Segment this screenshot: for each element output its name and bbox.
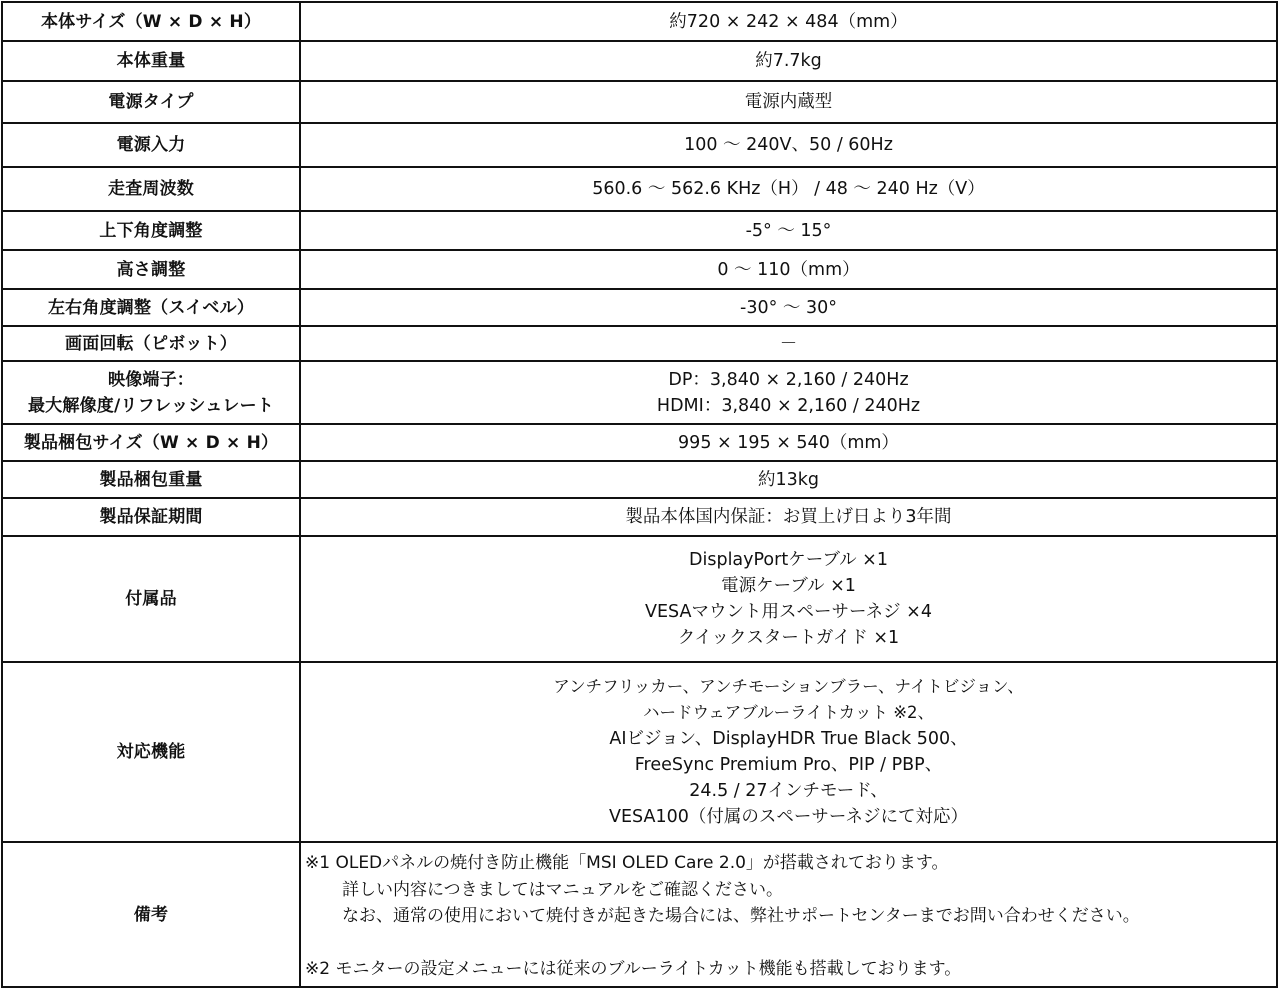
- value-line-hdmi: HDMI：3,840 × 2,160 / 240Hz: [301, 393, 1276, 419]
- row-value-remarks: ※1 OLEDパネルの焼付き防止機能「MSI OLED Care 2.0」が搭載…: [300, 842, 1277, 987]
- feature-line: VESA100（付属のスペーサーネジにて対応）: [301, 804, 1276, 830]
- table-row: 製品梱包重量 約13kg: [2, 461, 1277, 498]
- row-label-package-size: 製品梱包サイズ（W × D × H）: [2, 424, 300, 461]
- row-label-warranty: 製品保証期間: [2, 498, 300, 536]
- table-row: 製品保証期間 製品本体国内保証：お買上げ日より3年間: [2, 498, 1277, 536]
- row-value-package-size: 995 × 195 × 540（mm）: [300, 424, 1277, 461]
- row-value-body-weight: 約7.7kg: [300, 41, 1277, 81]
- feature-line: 24.5 / 27インチモード、: [301, 778, 1276, 804]
- row-label-video-ports: 映像端子： 最大解像度/リフレッシュレート: [2, 361, 300, 424]
- table-row: 製品梱包サイズ（W × D × H） 995 × 195 × 540（mm）: [2, 424, 1277, 461]
- accessory-item: VESAマウント用スペーサーネジ ×4: [301, 599, 1276, 625]
- row-value-swivel: -30° ～ 30°: [300, 289, 1277, 326]
- feature-line: FreeSync Premium Pro、PIP / PBP、: [301, 752, 1276, 778]
- row-value-warranty: 製品本体国内保証：お買上げ日より3年間: [300, 498, 1277, 536]
- row-label-height-adjust: 高さ調整: [2, 250, 300, 289]
- note-1-detail: 詳しい内容につきましてはマニュアルをご確認ください。: [305, 877, 1276, 904]
- row-label-features: 対応機能: [2, 662, 300, 842]
- row-label-power-input: 電源入力: [2, 123, 300, 167]
- accessory-item: クイックスタートガイド ×1: [301, 625, 1276, 651]
- table-row: 走査周波数 560.6 ～ 562.6 KHz（H） / 48 ～ 240 Hz…: [2, 167, 1277, 211]
- row-label-pivot: 画面回転（ピボット）: [2, 326, 300, 361]
- row-value-pivot: －: [300, 326, 1277, 361]
- table-row: 電源タイプ 電源内蔵型: [2, 81, 1277, 123]
- spec-table: 本体サイズ（W × D × H） 約720 × 242 × 484（mm） 本体…: [1, 1, 1278, 988]
- table-row: 付属品 DisplayPortケーブル ×1 電源ケーブル ×1 VESAマウン…: [2, 536, 1277, 662]
- table-row: 高さ調整 0 ～ 110（mm）: [2, 250, 1277, 289]
- table-row: 対応機能 アンチフリッカー、アンチモーションブラー、ナイトビジョン、 ハードウェ…: [2, 662, 1277, 842]
- table-row: 電源入力 100 ～ 240V、50 / 60Hz: [2, 123, 1277, 167]
- row-label-power-type: 電源タイプ: [2, 81, 300, 123]
- note-2: ※2 モニターの設定メニューには従来のブルーライトカット機能も搭載しております。: [305, 956, 1276, 983]
- row-value-accessories: DisplayPortケーブル ×1 電源ケーブル ×1 VESAマウント用スペ…: [300, 536, 1277, 662]
- table-row: 本体重量 約7.7kg: [2, 41, 1277, 81]
- row-label-body-size: 本体サイズ（W × D × H）: [2, 2, 300, 41]
- feature-line: アンチフリッカー、アンチモーションブラー、ナイトビジョン、: [301, 674, 1276, 700]
- row-value-features: アンチフリッカー、アンチモーションブラー、ナイトビジョン、 ハードウェアブルーラ…: [300, 662, 1277, 842]
- row-value-body-size: 約720 × 242 × 484（mm）: [300, 2, 1277, 41]
- row-label-accessories: 付属品: [2, 536, 300, 662]
- table-row: 左右角度調整（スイベル） -30° ～ 30°: [2, 289, 1277, 326]
- row-value-power-input: 100 ～ 240V、50 / 60Hz: [300, 123, 1277, 167]
- row-label-tilt: 上下角度調整: [2, 211, 300, 250]
- row-value-package-weight: 約13kg: [300, 461, 1277, 498]
- row-value-tilt: -5° ～ 15°: [300, 211, 1277, 250]
- row-value-power-type: 電源内蔵型: [300, 81, 1277, 123]
- row-label-swivel: 左右角度調整（スイベル）: [2, 289, 300, 326]
- label-line: 最大解像度/リフレッシュレート: [3, 393, 299, 419]
- note-spacer: [305, 930, 1276, 957]
- row-value-scan-frequency: 560.6 ～ 562.6 KHz（H） / 48 ～ 240 Hz（V）: [300, 167, 1277, 211]
- row-label-remarks: 備考: [2, 842, 300, 987]
- feature-line: AIビジョン、DisplayHDR True Black 500、: [301, 726, 1276, 752]
- table-row: 映像端子： 最大解像度/リフレッシュレート DP：3,840 × 2,160 /…: [2, 361, 1277, 424]
- row-value-video-ports: DP：3,840 × 2,160 / 240Hz HDMI：3,840 × 2,…: [300, 361, 1277, 424]
- feature-line: ハードウェアブルーライトカット ※2、: [301, 700, 1276, 726]
- accessory-item: 電源ケーブル ×1: [301, 573, 1276, 599]
- note-1: ※1 OLEDパネルの焼付き防止機能「MSI OLED Care 2.0」が搭載…: [305, 850, 1276, 877]
- row-label-body-weight: 本体重量: [2, 41, 300, 81]
- table-row: 上下角度調整 -5° ～ 15°: [2, 211, 1277, 250]
- table-row: 本体サイズ（W × D × H） 約720 × 242 × 484（mm）: [2, 2, 1277, 41]
- accessory-item: DisplayPortケーブル ×1: [301, 547, 1276, 573]
- row-label-package-weight: 製品梱包重量: [2, 461, 300, 498]
- table-row: 備考 ※1 OLEDパネルの焼付き防止機能「MSI OLED Care 2.0」…: [2, 842, 1277, 987]
- table-row: 画面回転（ピボット） －: [2, 326, 1277, 361]
- row-value-height-adjust: 0 ～ 110（mm）: [300, 250, 1277, 289]
- row-label-scan-frequency: 走査周波数: [2, 167, 300, 211]
- value-line-dp: DP：3,840 × 2,160 / 240Hz: [301, 367, 1276, 393]
- note-1-support: なお、通常の使用において焼付きが起きた場合には、弊社サポートセンターまでお問い合…: [305, 903, 1276, 930]
- label-line: 映像端子：: [3, 367, 299, 393]
